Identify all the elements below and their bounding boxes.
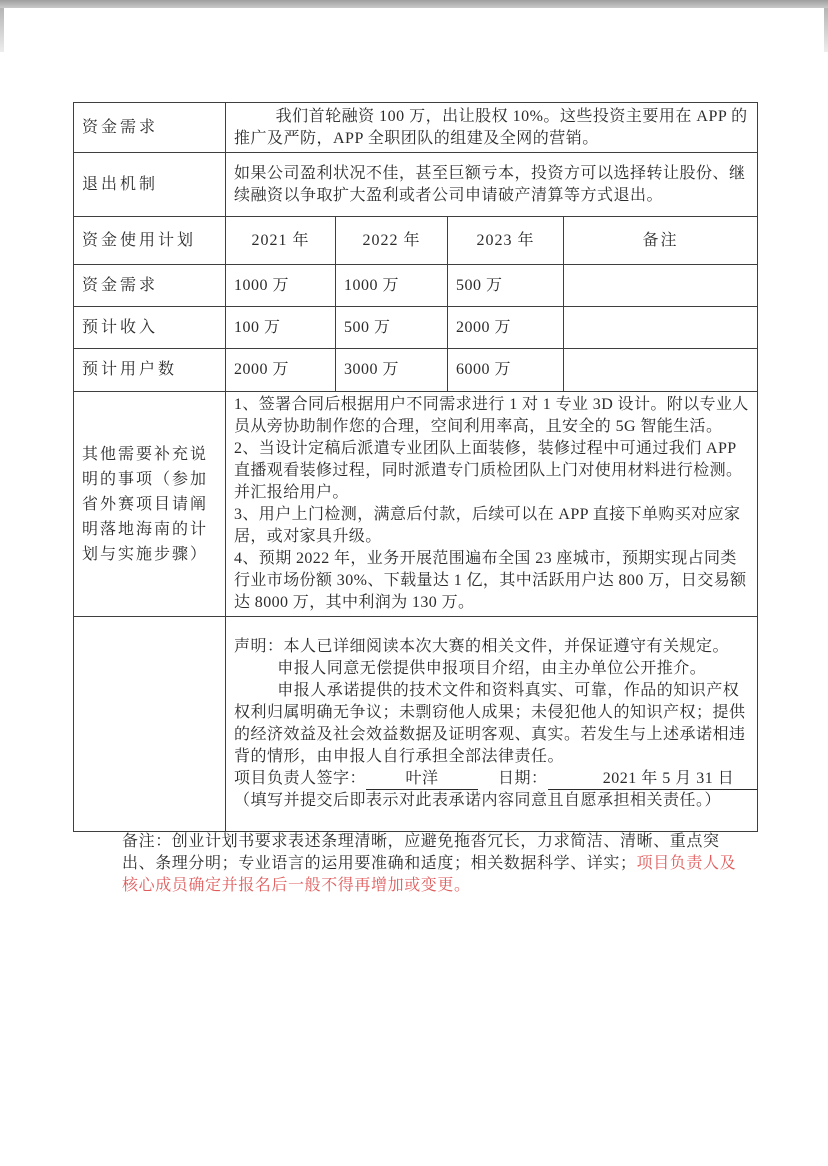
row-label-exit-mechanism: 退出机制: [74, 153, 226, 217]
scan-edge-right: [824, 8, 828, 52]
table-row-plan-revenue: 预计收入 100 万 500 万 2000 万: [74, 307, 758, 349]
declaration-line-3: 申报人承诺提供的技术文件和资料真实、可靠，作品的知识产权权利归属明确无争议；未剽…: [234, 680, 749, 768]
plan-funding-2022: 1000 万: [336, 265, 448, 307]
plan-header-2022: 2022 年: [336, 217, 448, 265]
signature-name-field: 叶洋: [366, 769, 478, 790]
plan-revenue-2021: 100 万: [226, 307, 336, 349]
other-note-item-1: 1、签署合同后根据用户不同需求进行 1 对 1 专业 3D 设计。附以专业人员从…: [234, 394, 749, 438]
row-label-funding-need: 资金需求: [74, 103, 226, 153]
signature-label: 项目负责人签字：: [234, 770, 366, 787]
signature-line: 项目负责人签字：叶洋日期：2021 年 5 月 31 日: [234, 768, 749, 790]
plan-funding-2023: 500 万: [448, 265, 564, 307]
plan-users-2023: 6000 万: [448, 349, 564, 392]
other-note-item-4: 4、预期 2022 年，业务开展范围遍布全国 23 座城市，预期实现占同类行业市…: [234, 548, 749, 614]
scan-edge-top: [0, 0, 828, 8]
plan-row-label-funding: 资金需求: [74, 265, 226, 307]
plan-funding-2021: 1000 万: [226, 265, 336, 307]
declaration-empty-label-cell: [74, 617, 226, 832]
business-plan-table: 资金需求 我们首轮融资 100 万，出让股权 10%。这些投资主要用在 APP …: [73, 102, 758, 832]
declaration-line-1: 声明：本人已详细阅读本次大赛的相关文件，并保证遵守有关规定。: [234, 636, 749, 658]
table-row-other-notes: 其他需要补充说明的事项（参加省外赛项目请阐明落地海南的计划与实施步骤） 1、签署…: [74, 392, 758, 617]
date-label: 日期：: [498, 770, 548, 787]
table-row-plan-users: 预计用户数 2000 万 3000 万 6000 万: [74, 349, 758, 392]
plan-users-remark: [564, 349, 758, 392]
other-notes-cell: 1、签署合同后根据用户不同需求进行 1 对 1 专业 3D 设计。附以专业人员从…: [226, 392, 758, 617]
plan-users-2022: 3000 万: [336, 349, 448, 392]
table-row-plan-funding: 资金需求 1000 万 1000 万 500 万: [74, 265, 758, 307]
plan-row-label-revenue: 预计收入: [74, 307, 226, 349]
plan-header-label: 资金使用计划: [74, 217, 226, 265]
plan-revenue-2023: 2000 万: [448, 307, 564, 349]
plan-header-2023: 2023 年: [448, 217, 564, 265]
other-note-item-3: 3、用户上门检测，满意后付款，后续可以在 APP 直接下单购买对应家居，或对家具…: [234, 504, 749, 548]
date-field: 2021 年 5 月 31 日: [548, 769, 758, 790]
plan-header-2021: 2021 年: [226, 217, 336, 265]
declaration-line-2: 申报人同意无偿提供申报项目介绍，由主办单位公开推介。: [234, 658, 749, 680]
plan-revenue-remark: [564, 307, 758, 349]
footnote: 备注：创业计划书要求表述条理清晰，应避免拖沓冗长，力求简洁、清晰、重点突出、条理…: [122, 831, 742, 897]
plan-users-2021: 2000 万: [226, 349, 336, 392]
funding-need-text: 我们首轮融资 100 万，出让股权 10%。这些投资主要用在 APP 的推广及严…: [234, 106, 749, 150]
funding-need-cell: 我们首轮融资 100 万，出让股权 10%。这些投资主要用在 APP 的推广及严…: [226, 103, 758, 153]
table-row-funding-need: 资金需求 我们首轮融资 100 万，出让股权 10%。这些投资主要用在 APP …: [74, 103, 758, 153]
row-label-other-notes: 其他需要补充说明的事项（参加省外赛项目请阐明落地海南的计划与实施步骤）: [74, 392, 226, 617]
declaration-note: （填写并提交后即表示对此表承诺内容同意且自愿承担相关责任。）: [234, 790, 749, 812]
scan-edge-left: [0, 8, 4, 52]
plan-funding-remark: [564, 265, 758, 307]
table-row-declaration: 声明：本人已详细阅读本次大赛的相关文件，并保证遵守有关规定。 申报人同意无偿提供…: [74, 617, 758, 832]
plan-revenue-2022: 500 万: [336, 307, 448, 349]
other-note-item-2: 2、当设计定稿后派遣专业团队上面装修，装修过程中可通过我们 APP 直播观看装修…: [234, 438, 749, 504]
table-row-plan-header: 资金使用计划 2021 年 2022 年 2023 年 备注: [74, 217, 758, 265]
plan-row-label-users: 预计用户数: [74, 349, 226, 392]
exit-mechanism-cell: 如果公司盈利状况不佳，甚至巨额亏本，投资方可以选择转让股份、继续融资以争取扩大盈…: [226, 153, 758, 217]
declaration-cell: 声明：本人已详细阅读本次大赛的相关文件，并保证遵守有关规定。 申报人同意无偿提供…: [226, 617, 758, 832]
plan-header-remark: 备注: [564, 217, 758, 265]
footnote-black-text: 备注：创业计划书要求表述条理清晰，应避免拖沓冗长，力求简洁、清晰、重点突出、条理…: [122, 833, 720, 872]
table-row-exit-mechanism: 退出机制 如果公司盈利状况不佳，甚至巨额亏本，投资方可以选择转让股份、继续融资以…: [74, 153, 758, 217]
